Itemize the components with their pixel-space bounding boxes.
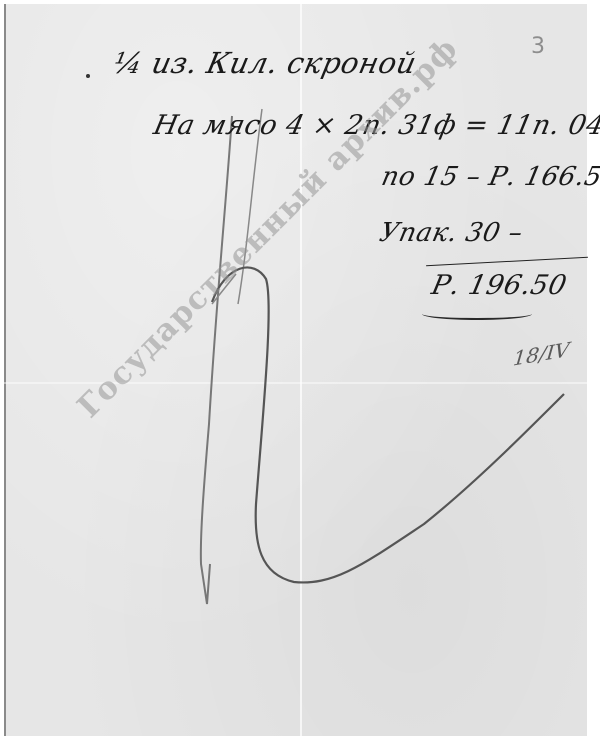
handwritten-line-packaging: Упак. 30 – [377,218,526,248]
handwritten-line-total: Р. 196.50 [429,270,570,301]
folio-number: 3 [531,34,545,59]
handwritten-line-price: по 15 – Р. 166.50 [379,162,600,192]
document-page: 3 ¼ из. Кил. скроной На мясо 4 × 2п. 31ф… [4,4,587,736]
ink-dot [86,74,90,78]
total-flourish [422,308,532,320]
handwritten-line-title: ¼ из. Кил. скроной [110,46,419,80]
